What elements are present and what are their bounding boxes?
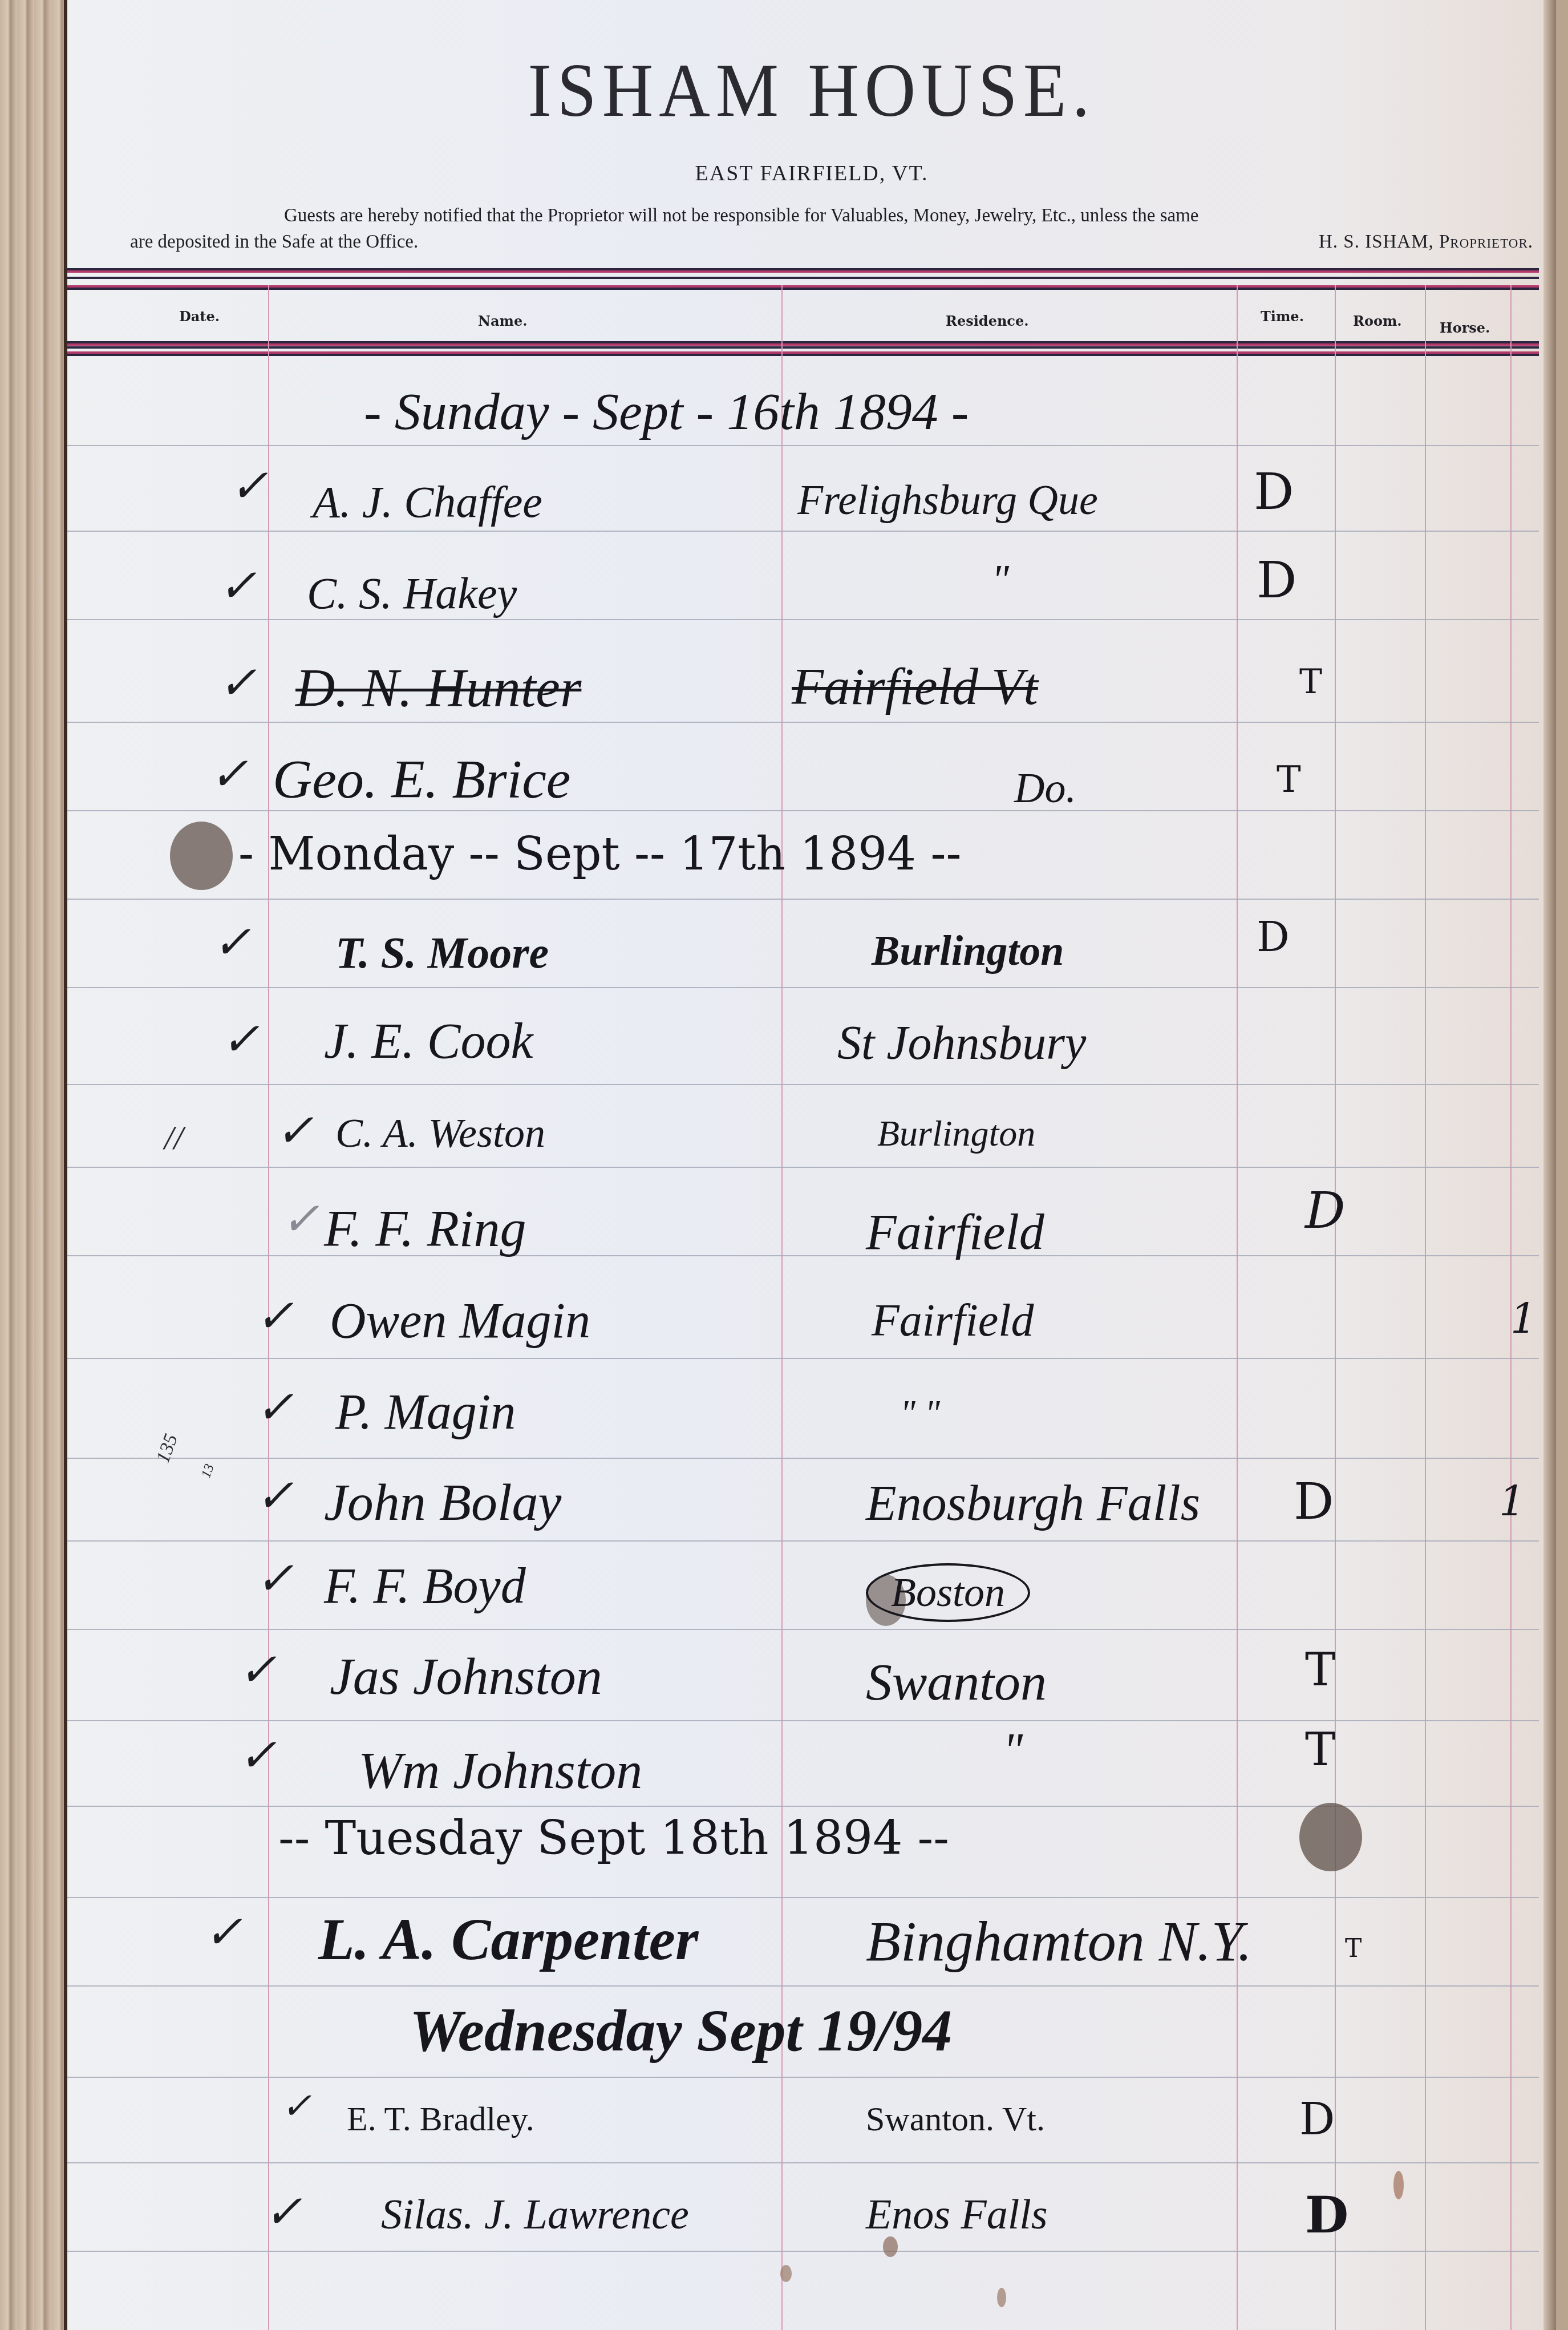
check-mark: ✓ bbox=[281, 2085, 312, 2127]
ledger-line bbox=[67, 2162, 1539, 2163]
column-header-room: Room. bbox=[1353, 313, 1402, 329]
guest-name: T. S. Moore bbox=[335, 927, 549, 978]
guest-name: Wm Johnston bbox=[358, 1740, 642, 1801]
guest-name: Jas Johnston bbox=[330, 1646, 602, 1706]
guest-residence: Enos Falls bbox=[866, 2191, 1048, 2239]
book-page-edges bbox=[0, 0, 67, 2330]
ledger-line bbox=[67, 1358, 1539, 1359]
ledger-line bbox=[67, 1540, 1539, 1542]
guest-residence: Burlington bbox=[877, 1113, 1035, 1155]
guest-name: Silas. J. Lawrence bbox=[381, 2191, 689, 2239]
horse-count: 1 bbox=[1510, 1295, 1537, 1343]
ledger-line bbox=[67, 1897, 1539, 1898]
time-mark: D bbox=[1299, 2094, 1335, 2145]
guest-name: C. A. Weston bbox=[335, 1110, 545, 1157]
column-header-residence: Residence. bbox=[946, 313, 1029, 329]
guest-name: Owen Magin bbox=[330, 1292, 590, 1350]
check-mark: ✓ bbox=[281, 1192, 319, 1246]
hotel-location: EAST FAIRFIELD, VT. bbox=[67, 161, 1556, 186]
guest-residence: Burlington bbox=[872, 927, 1064, 976]
time-mark: D bbox=[1305, 2185, 1348, 2244]
guest-name: E. T. Bradley. bbox=[347, 2100, 534, 2139]
time-mark: T bbox=[1305, 1643, 1335, 1696]
notice-line-2-text: are deposited in the Safe at the Office. bbox=[130, 229, 418, 255]
ledger-line bbox=[67, 2077, 1539, 2078]
check-mark: ✓ bbox=[221, 1013, 260, 1066]
ledger-line bbox=[67, 987, 1539, 988]
foxing-spot bbox=[1393, 2171, 1404, 2199]
ledger-line bbox=[67, 2251, 1539, 2252]
time-mark: T bbox=[1277, 759, 1301, 801]
guest-name: P. Magin bbox=[335, 1384, 516, 1441]
check-mark: ✓ bbox=[218, 559, 257, 613]
guest-name: A. J. Chaffee bbox=[313, 476, 542, 528]
check-mark: ✓ bbox=[256, 1552, 294, 1605]
notice-line-1: Guests are hereby notified that the Prop… bbox=[130, 203, 1567, 229]
guest-name: John Bolay bbox=[324, 1472, 561, 1532]
guest-residence: Swanton. Vt. bbox=[866, 2100, 1045, 2139]
guest-residence: Frelighsburg Que bbox=[797, 476, 1098, 525]
guest-residence: St Johnsbury bbox=[837, 1016, 1086, 1071]
check-mark: ✓ bbox=[238, 1729, 277, 1782]
check-mark: ✓ bbox=[218, 656, 257, 710]
ledger-line bbox=[67, 1255, 1539, 1256]
time-mark: T bbox=[1299, 662, 1322, 702]
guest-residence: Swanton bbox=[866, 1652, 1047, 1712]
guest-name: C. S. Hakey bbox=[307, 568, 517, 619]
ledger-line bbox=[67, 1985, 1539, 1987]
notice: Guests are hereby notified that the Prop… bbox=[130, 203, 1567, 255]
check-mark: ✓ bbox=[264, 2185, 302, 2239]
guest-name: Geo. E. Brice bbox=[273, 747, 570, 811]
ink-blot bbox=[170, 822, 233, 890]
horse-count: 1 bbox=[1499, 1478, 1525, 1526]
day-heading-tuesday: -- Tuesday Sept 18th 1894 -- bbox=[278, 1811, 949, 1866]
check-mark: ✓ bbox=[210, 747, 248, 801]
guest-residence-struck: Fairfield Vt bbox=[792, 656, 1038, 717]
guest-residence: Do. bbox=[1014, 764, 1076, 813]
guest-name-struck: D. N. Hunter bbox=[295, 656, 581, 719]
page-right-edge bbox=[1543, 0, 1556, 2330]
ledger-page: ISHAM HOUSE. EAST FAIRFIELD, VT. Guests … bbox=[67, 0, 1556, 2330]
day-heading-sunday: - Sunday - Sept - 16th 1894 - bbox=[364, 381, 969, 442]
column-header-date: Date. bbox=[179, 308, 220, 325]
column-rule-time bbox=[1335, 285, 1336, 2330]
guest-residence-circled: Boston bbox=[866, 1563, 1030, 1622]
check-mark: ✓ bbox=[256, 1289, 294, 1343]
ledger-line bbox=[67, 899, 1539, 900]
time-mark: D bbox=[1294, 1472, 1334, 1531]
notice-line-2: are deposited in the Safe at the Office.… bbox=[130, 229, 1567, 255]
guest-name: F. F. Boyd bbox=[324, 1558, 526, 1615]
ledger-line bbox=[67, 619, 1539, 620]
proprietor-signature: H. S. ISHAM, Proprietor. bbox=[1319, 229, 1533, 255]
ledger-line bbox=[67, 445, 1539, 446]
guest-name: F. F. Ring bbox=[324, 1198, 526, 1259]
ledger-line bbox=[67, 1084, 1539, 1085]
column-rule-residence bbox=[1237, 285, 1238, 2330]
check-mark: ✓ bbox=[256, 1469, 294, 1523]
check-mark: ✓ bbox=[256, 1381, 294, 1434]
column-header-time: Time. bbox=[1261, 308, 1304, 325]
header-rule-top bbox=[67, 268, 1539, 290]
time-mark: D bbox=[1305, 1181, 1346, 1240]
guest-residence: Fairfield bbox=[872, 1295, 1034, 1347]
guest-residence: " " bbox=[900, 1392, 940, 1434]
ink-blot bbox=[1299, 1803, 1362, 1871]
guest-residence: Enosburgh Falls bbox=[866, 1475, 1200, 1532]
margin-note-13: 13 bbox=[198, 1462, 218, 1480]
time-mark: D bbox=[1257, 551, 1297, 609]
check-mark: ✓ bbox=[213, 916, 251, 969]
time-mark: T bbox=[1305, 1723, 1335, 1776]
ledger-line bbox=[67, 1167, 1539, 1168]
guest-name: L. A. Carpenter bbox=[318, 1906, 698, 1973]
ledger-line bbox=[67, 1629, 1539, 1630]
check-mark: ✓ bbox=[238, 1643, 277, 1697]
header-rule-bottom bbox=[67, 341, 1539, 356]
column-header-name: Name. bbox=[478, 313, 528, 329]
column-header-horse: Horse. bbox=[1440, 319, 1490, 336]
guest-residence: " bbox=[991, 556, 1009, 605]
time-mark: D bbox=[1257, 913, 1290, 961]
margin-mark: // bbox=[164, 1118, 183, 1158]
day-heading-wednesday: Wednesday Sept 19/94 bbox=[410, 1997, 952, 2065]
day-heading-monday: - Monday -- Sept -- 17th 1894 -- bbox=[238, 827, 962, 880]
margin-note-135: 135 bbox=[152, 1431, 183, 1466]
guest-residence: Fairfield bbox=[866, 1204, 1044, 1261]
foxing-spot bbox=[997, 2288, 1006, 2307]
foxing-spot bbox=[780, 2265, 792, 2282]
foxing-spot bbox=[883, 2236, 898, 2257]
ledger-line bbox=[67, 722, 1539, 723]
time-mark: D bbox=[1254, 462, 1294, 521]
ledger-line bbox=[67, 1720, 1539, 1721]
guest-residence: " bbox=[1003, 1723, 1023, 1778]
guest-residence: Binghamton N.Y. bbox=[866, 1908, 1252, 1974]
check-mark: ✓ bbox=[204, 1906, 242, 1959]
column-rule-room bbox=[1425, 285, 1426, 2330]
ledger-line bbox=[67, 1458, 1539, 1459]
guest-name: J. E. Cook bbox=[324, 1013, 533, 1070]
check-mark: ✓ bbox=[275, 1104, 314, 1158]
time-mark: T bbox=[1345, 1934, 1362, 1963]
hotel-title: ISHAM HOUSE. bbox=[67, 47, 1556, 134]
check-mark: ✓ bbox=[230, 459, 268, 513]
ledger-line bbox=[67, 531, 1539, 532]
